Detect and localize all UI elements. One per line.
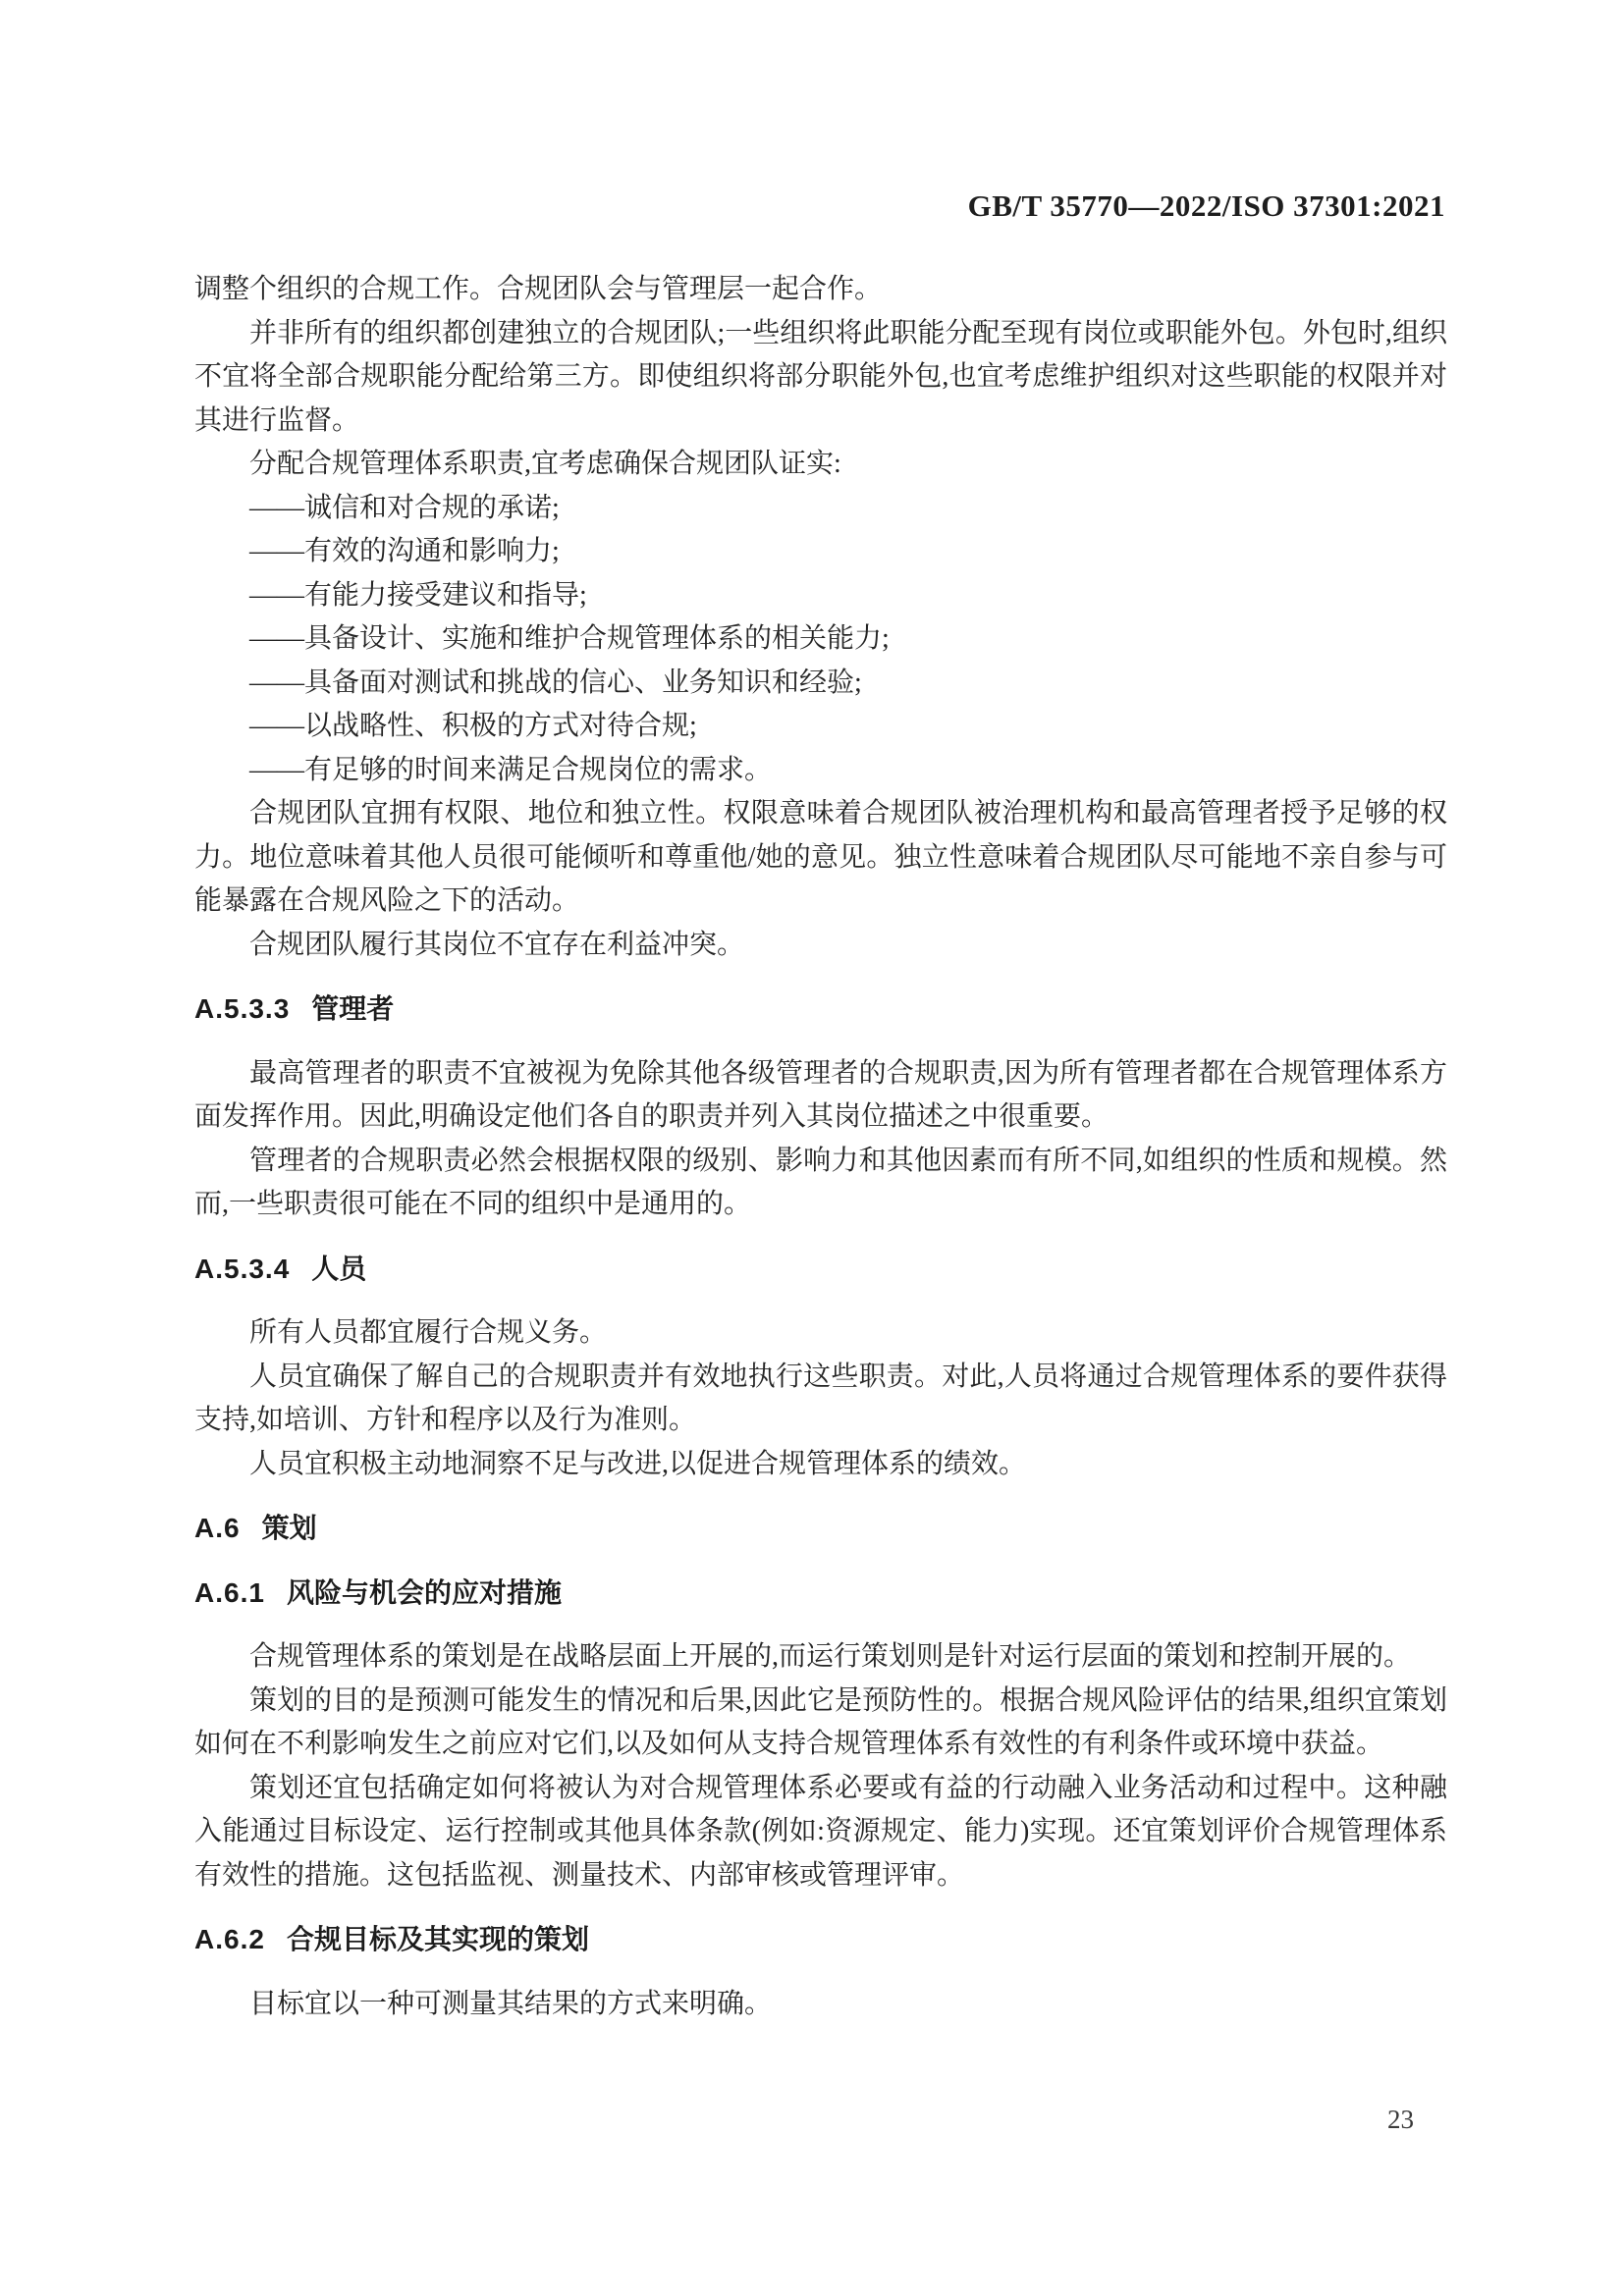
paragraph: 人员宜确保了解自己的合规职责并有效地执行这些职责。对此,人员将通过合规管理体系的… — [194, 1356, 1447, 1443]
section-title: 合规目标及其实现的策划 — [287, 1924, 589, 1954]
paragraph: 最高管理者的职责不宜被视为免除其他各级管理者的合规职责,因为所有管理者都在合规管… — [194, 1052, 1447, 1140]
section-heading: A.5.3.4人员 — [194, 1248, 1447, 1292]
paragraph: 并非所有的组织都创建独立的合规团队;一些组织将此职能分配至现有岗位或职能外包。外… — [194, 312, 1447, 444]
section-number: A.5.3.4 — [194, 1254, 290, 1284]
paragraph: 人员宜积极主动地洞察不足与改进,以促进合规管理体系的绩效。 — [194, 1443, 1447, 1487]
dash-list-item: ——具备面对测试和挑战的信心、业务知识和经验; — [194, 662, 1447, 706]
page-body: 调整个组织的合规工作。合规团队会与管理层一起合作。 并非所有的组织都创建独立的合… — [194, 268, 1447, 2026]
section-title: 管理者 — [311, 993, 394, 1024]
dash-list-item: ——有效的沟通和影响力; — [194, 530, 1447, 574]
dash-list-item: ——诚信和对合规的承诺; — [194, 487, 1447, 531]
section-title: 风险与机会的应对措施 — [287, 1577, 562, 1608]
paragraph: 分配合规管理体系职责,宜考虑确保合规团队证实: — [194, 443, 1447, 487]
dash-list-item: ——有能力接受建议和指导; — [194, 574, 1447, 618]
paragraph: 目标宜以一种可测量其结果的方式来明确。 — [194, 1983, 1447, 2027]
page-number: 23 — [1387, 2105, 1414, 2135]
paragraph: 合规团队宜拥有权限、地位和独立性。权限意味着合规团队被治理机构和最高管理者授予足… — [194, 792, 1447, 924]
dash-list-item: ——具备设计、实施和维护合规管理体系的相关能力; — [194, 617, 1447, 662]
paragraph: 策划还宜包括确定如何将被认为对合规管理体系必要或有益的行动融入业务活动和过程中。… — [194, 1767, 1447, 1898]
section-title: 人员 — [311, 1254, 366, 1284]
dash-list-item: ——以战略性、积极的方式对待合规; — [194, 705, 1447, 749]
dash-list-item: ——有足够的时间来满足合规岗位的需求。 — [194, 749, 1447, 793]
document-page: GB/T 35770—2022/ISO 37301:2021 调整个组织的合规工… — [0, 0, 1624, 2296]
section-heading: A.5.3.3管理者 — [194, 988, 1447, 1032]
section-number: A.6.1 — [194, 1577, 265, 1608]
section-number: A.6 — [194, 1513, 241, 1543]
section-heading: A.6策划 — [194, 1507, 1447, 1551]
section-number: A.5.3.3 — [194, 993, 290, 1024]
paragraph: 合规团队履行其岗位不宜存在利益冲突。 — [194, 924, 1447, 968]
section-number: A.6.2 — [194, 1924, 265, 1954]
paragraph: 调整个组织的合规工作。合规团队会与管理层一起合作。 — [194, 268, 1447, 312]
section-title: 策划 — [262, 1513, 317, 1543]
paragraph: 管理者的合规职责必然会根据权限的级别、影响力和其他因素而有所不同,如组织的性质和… — [194, 1140, 1447, 1227]
paragraph: 合规管理体系的策划是在战略层面上开展的,而运行策划则是针对运行层面的策划和控制开… — [194, 1635, 1447, 1680]
paragraph: 所有人员都宜履行合规义务。 — [194, 1311, 1447, 1356]
paragraph: 策划的目的是预测可能发生的情况和后果,因此它是预防性的。根据合规风险评估的结果,… — [194, 1680, 1447, 1767]
section-heading: A.6.2合规目标及其实现的策划 — [194, 1918, 1447, 1962]
section-heading: A.6.1风险与机会的应对措施 — [194, 1572, 1447, 1616]
standard-code-header: GB/T 35770—2022/ISO 37301:2021 — [968, 188, 1445, 224]
